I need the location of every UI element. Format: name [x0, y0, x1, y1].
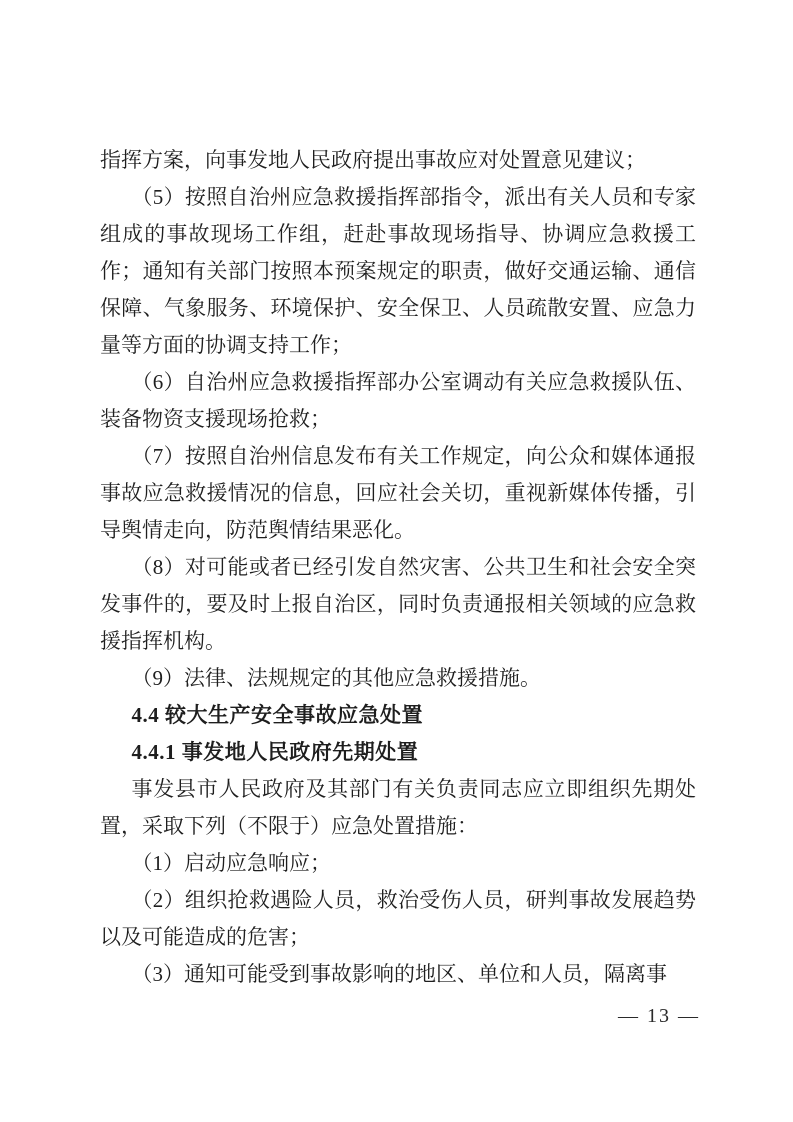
paragraph: （7）按照自治州信息发布有关工作规定，向公众和媒体通报事故应急救援情况的信息，回… [100, 438, 696, 549]
paragraph: （3）通知可能受到事故影响的地区、单位和人员，隔离事 [100, 956, 696, 993]
paragraph: 指挥方案，向事发地人民政府提出事故应对处置意见建议； [100, 142, 696, 179]
paragraph: （8）对可能或者已经引发自然灾害、公共卫生和社会安全突发事件的，要及时上报自治区… [100, 549, 696, 660]
paragraph: （1）启动应急响应； [100, 845, 696, 882]
paragraph: （6）自治州应急救援指挥部办公室调动有关应急救援队伍、装备物资支援现场抢救； [100, 364, 696, 438]
page-number: — 13 — [618, 1005, 700, 1027]
section-heading: 4.4 较大生产安全事故应急处置 [100, 697, 696, 734]
paragraph: （5）按照自治州应急救援指挥部指令，派出有关人员和专家组成的事故现场工作组，赶赴… [100, 179, 696, 364]
document-page: 指挥方案，向事发地人民政府提出事故应对处置意见建议；（5）按照自治州应急救援指挥… [0, 0, 793, 1122]
paragraph: （2）组织抢救遇险人员，救治受伤人员，研判事故发展趋势以及可能造成的危害； [100, 882, 696, 956]
paragraph: 事发县市人民政府及其部门有关负责同志应立即组织先期处置，采取下列（不限于）应急处… [100, 771, 696, 845]
section-heading: 4.4.1 事发地人民政府先期处置 [100, 734, 696, 771]
page-footer: — 13 — [618, 1002, 700, 1030]
paragraph: （9）法律、法规规定的其他应急救援措施。 [100, 660, 696, 697]
document-body: 指挥方案，向事发地人民政府提出事故应对处置意见建议；（5）按照自治州应急救援指挥… [100, 142, 696, 993]
